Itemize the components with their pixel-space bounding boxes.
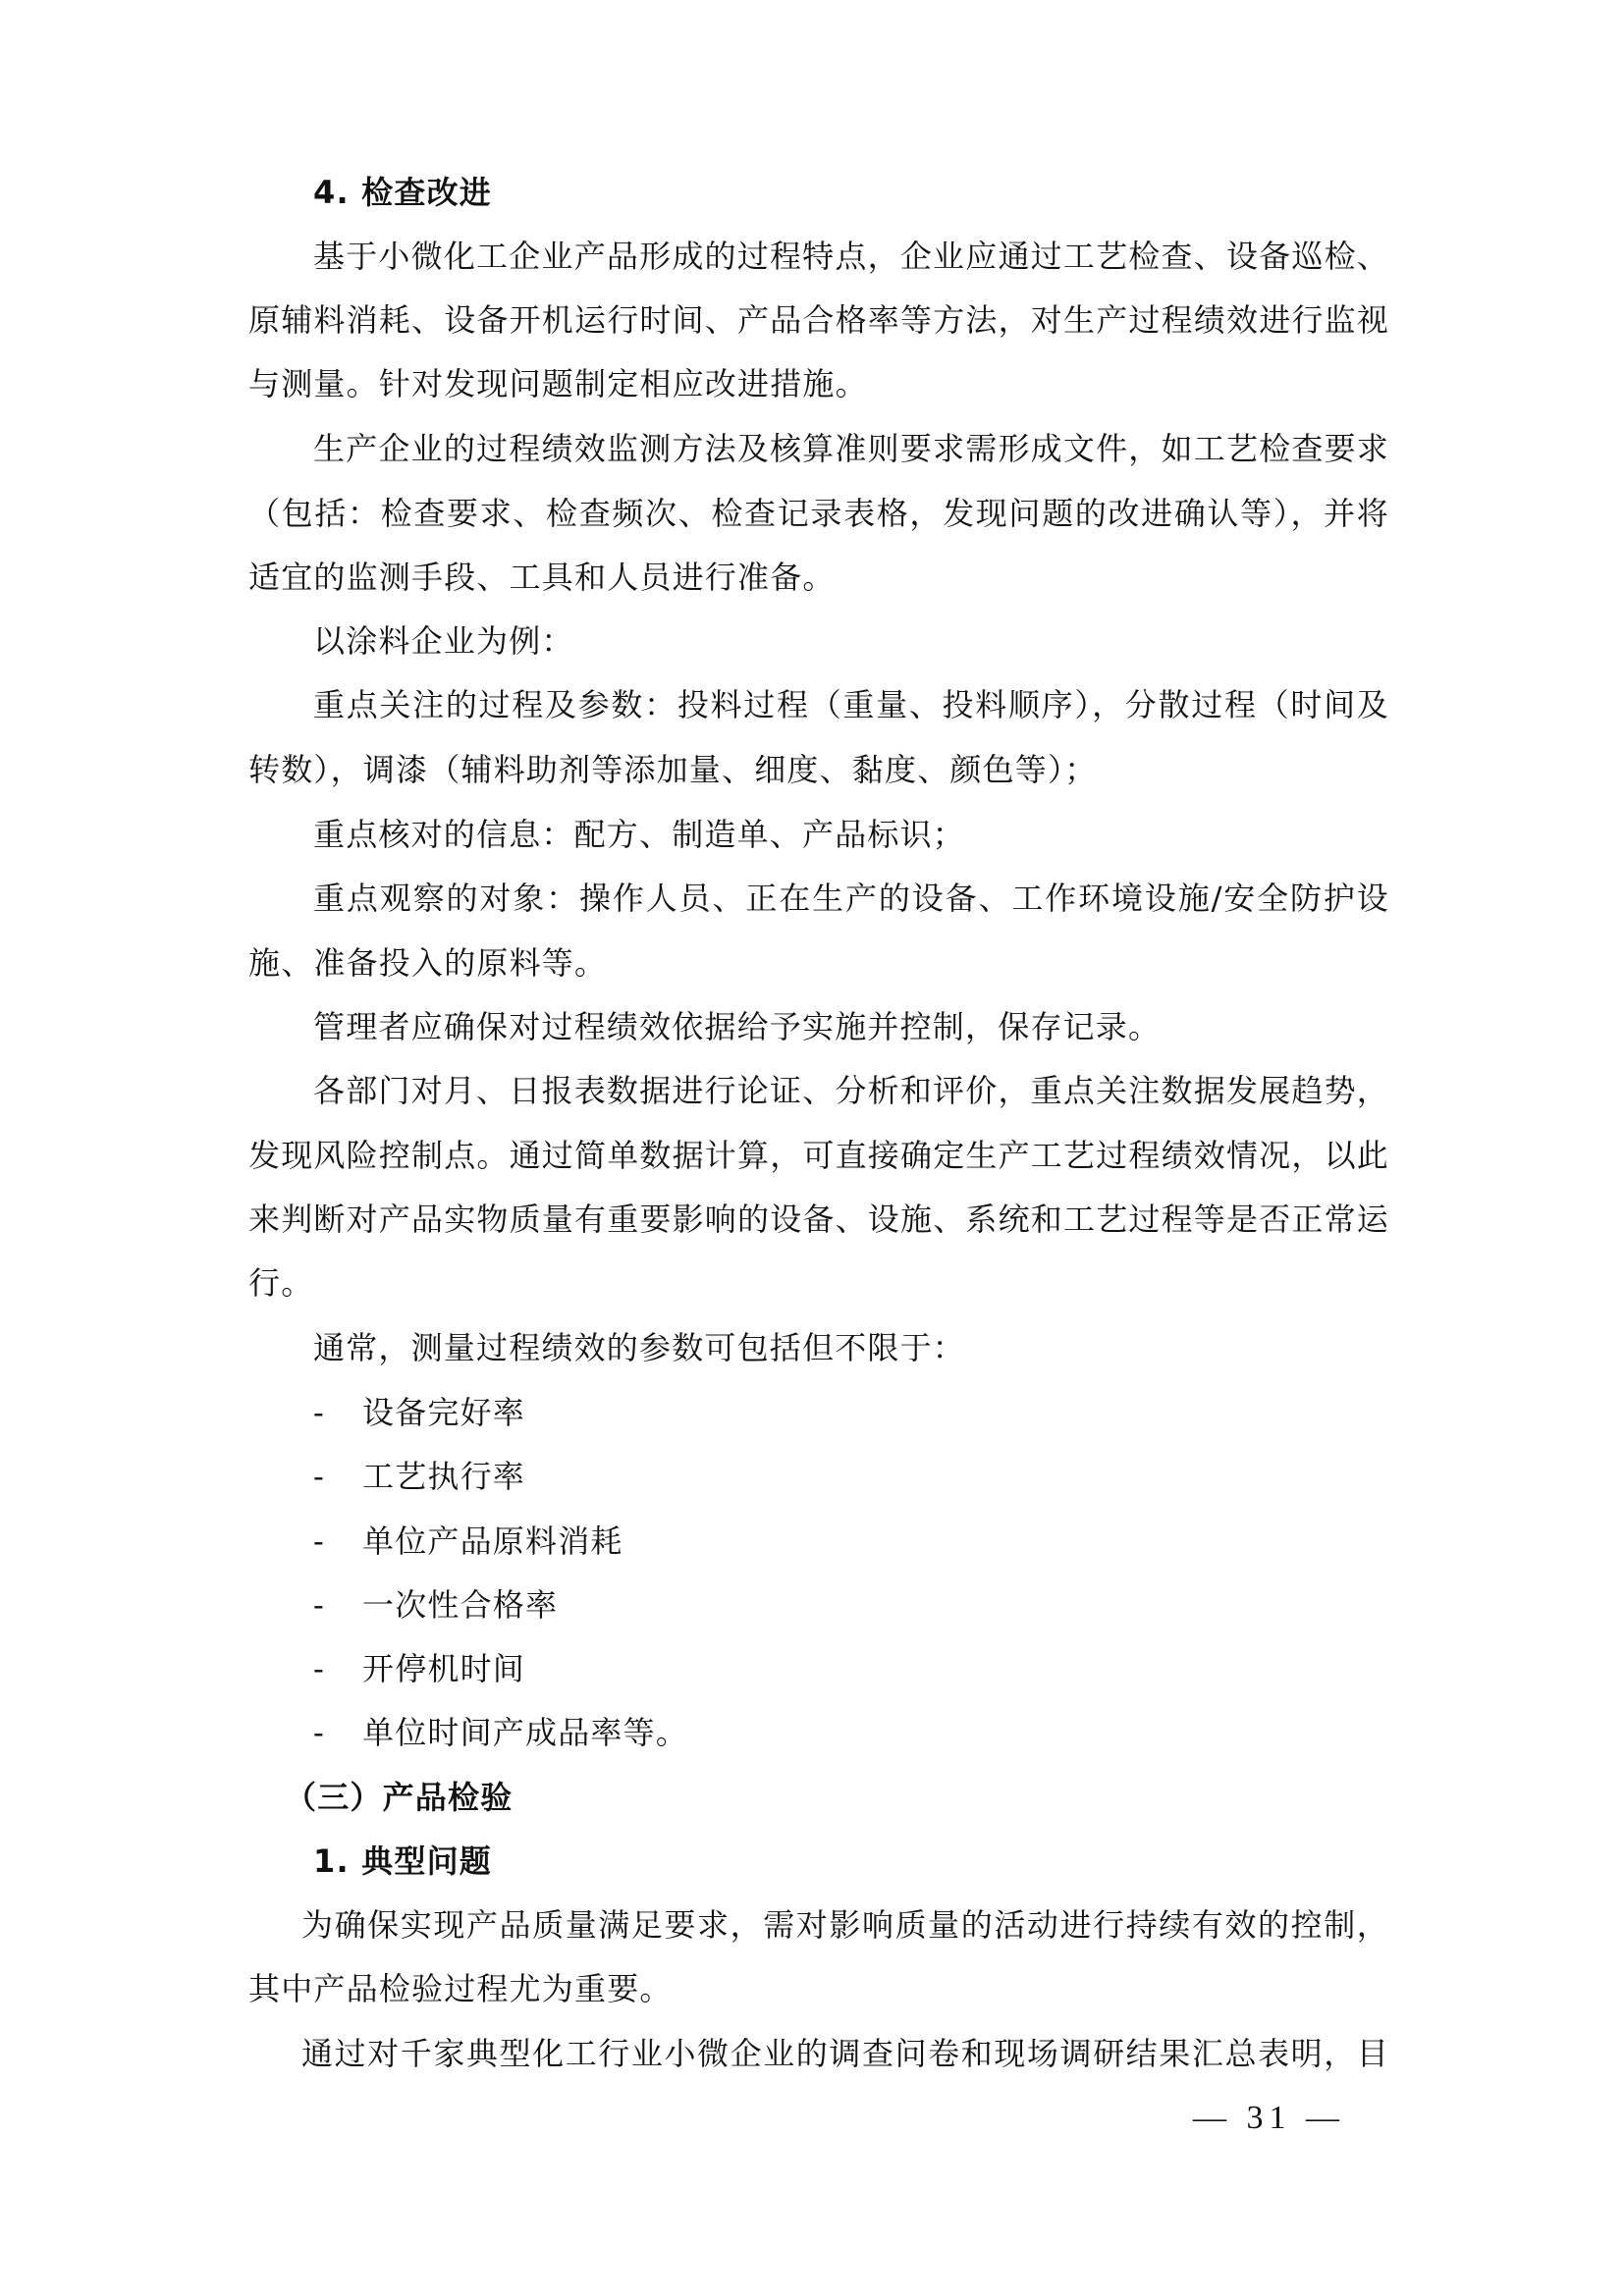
paragraph-line: 重点关注的过程及参数：投料过程（重量、投料顺序），分散过程（时间及 [313, 685, 1389, 724]
dash-bullet: - [313, 1585, 362, 1625]
paragraph-line: 生产企业的过程绩效监测方法及核算准则要求需形成文件，如工艺检查要求 [313, 429, 1389, 468]
paragraph-line: 重点核对的信息：配方、制造单、产品标识； [313, 815, 965, 854]
list-item-text: 单位产品原料消耗 [362, 1522, 623, 1560]
list-item-text: 工艺执行率 [362, 1458, 525, 1495]
paragraph-line: 转数），调漆（辅料助剂等添加量、细度、黏度、颜色等）； [248, 750, 1097, 789]
paragraph-line: 管理者应确保对过程绩效依据给予实施并控制，保存记录。 [313, 1007, 1161, 1046]
paragraph-line: 行。 [248, 1263, 313, 1303]
dash-bullet: - [313, 1457, 362, 1496]
paragraph-line: 重点观察的对象：操作人员、正在生产的设备、工作环境设施/安全防护设 [313, 879, 1389, 918]
section-heading-inspection-improvement: 4. 检查改进 [313, 173, 492, 212]
paragraph-line: 其中产品检验过程尤为重要。 [248, 1969, 673, 2008]
document-page: 4. 检查改进 基于小微化工企业产品形成的过程特点，企业应通过工艺检查、设备巡检… [0, 0, 1624, 2296]
list-item: -开停机时间 [313, 1649, 525, 1688]
paragraph-line: 适宜的监测手段、工具和人员进行准备。 [248, 558, 836, 597]
paragraph-line: 来判断对产品实物质量有重要影响的设备、设施、系统和工艺过程等是否正常运 [248, 1200, 1389, 1239]
paragraph-line: 为确保实现产品质量满足要求，需对影响质量的活动进行持续有效的控制， [301, 1905, 1389, 1945]
paragraph-line: 通常，测量过程绩效的参数可包括但不限于： [313, 1328, 965, 1367]
list-item-text: 开停机时间 [362, 1650, 525, 1687]
paragraph-line: 与测量。针对发现问题制定相应改进措施。 [248, 364, 868, 403]
dash-bullet: - [313, 1522, 362, 1561]
list-item-text: 设备完好率 [362, 1394, 525, 1431]
list-item: -工艺执行率 [313, 1457, 525, 1496]
paragraph-line: 以涂料企业为例： [313, 621, 574, 661]
paragraph-line: 各部门对月、日报表数据进行论证、分析和评价，重点关注数据发展趋势， [313, 1071, 1389, 1110]
list-item-text: 一次性合格率 [362, 1586, 558, 1624]
subsection-heading-typical-problems: 1. 典型问题 [313, 1842, 492, 1881]
list-item: -一次性合格率 [313, 1585, 558, 1625]
paragraph-line: 通过对千家典型化工行业小微企业的调查问卷和现场调研结果汇总表明，目 [301, 2034, 1389, 2073]
list-item-text: 单位时间产成品率等。 [362, 1714, 688, 1751]
list-item: -单位时间产成品率等。 [313, 1713, 688, 1752]
list-item: -单位产品原料消耗 [313, 1522, 623, 1561]
dash-bullet: - [313, 1393, 362, 1432]
section-heading-product-inspection: （三）产品检验 [285, 1778, 513, 1817]
dash-bullet: - [313, 1713, 362, 1752]
page-number: — 31 — [1193, 2099, 1345, 2138]
paragraph-line: 发现风险控制点。通过简单数据计算，可直接确定生产工艺过程绩效情况，以此 [248, 1136, 1389, 1175]
paragraph-line: （包括：检查要求、检查频次、检查记录表格，发现问题的改进确认等），并将 [248, 494, 1389, 533]
paragraph-line: 原辅料消耗、设备开机运行时间、产品合格率等方法，对生产过程绩效进行监视 [248, 300, 1389, 340]
paragraph-line: 基于小微化工企业产品形成的过程特点，企业应通过工艺检查、设备巡检、 [313, 237, 1389, 276]
dash-bullet: - [313, 1649, 362, 1688]
paragraph-line: 施、准备投入的原料等。 [248, 943, 607, 983]
list-item: -设备完好率 [313, 1393, 525, 1432]
